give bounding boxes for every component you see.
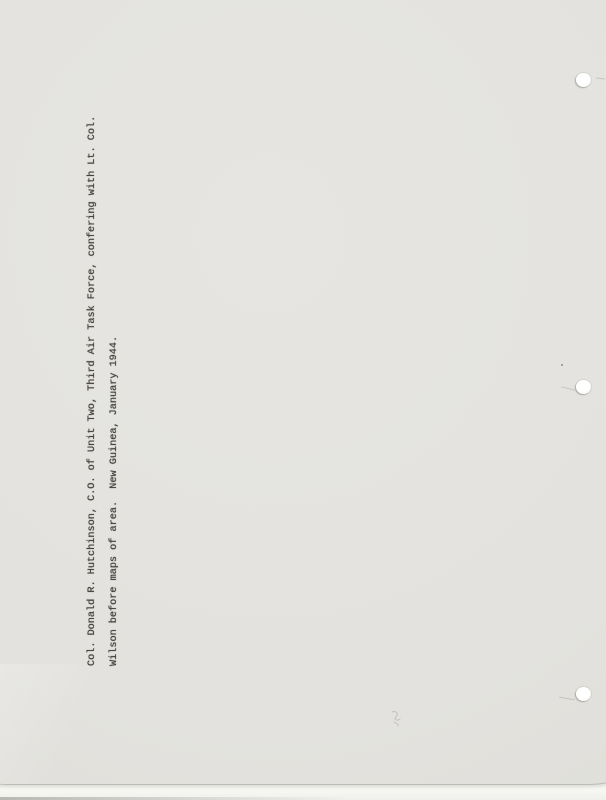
paper-crease-mark <box>561 386 575 390</box>
punch-hole-middle <box>576 380 591 394</box>
scanned-document: Col. Donald R. Hutchinson, C.O. of Unit … <box>0 0 606 800</box>
punch-hole-top <box>576 73 591 87</box>
photo-caption: Col. Donald R. Hutchinson, C.O. of Unit … <box>82 66 126 666</box>
punch-hole-bottom <box>576 687 591 701</box>
pencil-smudge <box>384 706 410 732</box>
album-page: Col. Donald R. Hutchinson, C.O. of Unit … <box>0 0 606 785</box>
paper-crease-mark <box>596 77 605 79</box>
caption-line-1: Col. Donald R. Hutchinson, C.O. of Unit … <box>82 66 104 666</box>
paper-corner-sheen <box>0 664 156 784</box>
paper-speck <box>561 364 563 366</box>
caption-line-2: Wilson before maps of area. New Guinea, … <box>104 66 126 666</box>
paper-crease-mark <box>559 697 575 701</box>
